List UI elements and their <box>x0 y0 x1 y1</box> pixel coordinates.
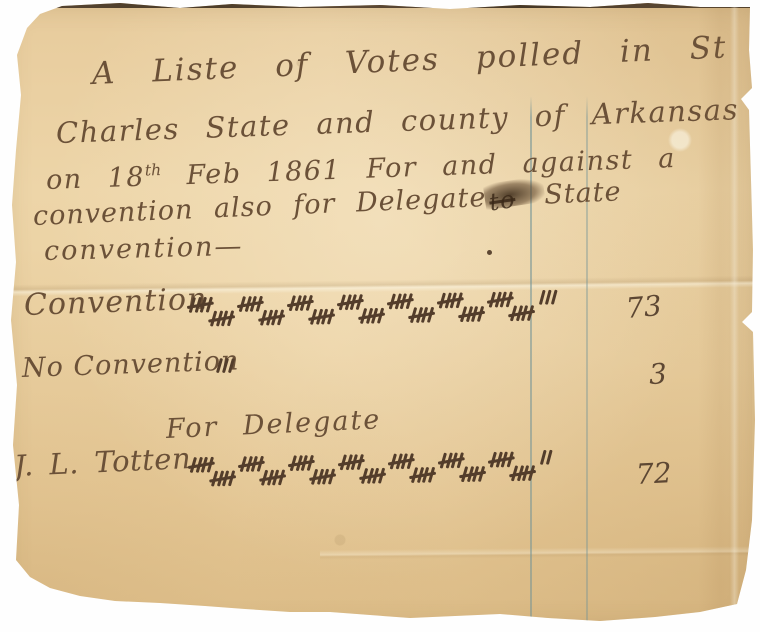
tally-label-convention: Convention <box>23 282 208 323</box>
crossed-out-word-blot: to <box>487 179 544 211</box>
tally-group-of-five <box>409 466 435 487</box>
tally-marks-convention <box>187 290 556 331</box>
ordinal-suffix: th <box>144 160 161 180</box>
heading-line-4-post: State <box>544 176 623 210</box>
tally-group-of-five <box>258 308 284 329</box>
tally-group-of-five <box>408 306 434 327</box>
total-convention: 73 <box>625 289 663 325</box>
paper-sheet: A Liste of Votes polled in St Charles St… <box>0 0 760 632</box>
tally-group-of-five <box>359 467 385 488</box>
tally-label-no-convention: No Convention <box>21 345 239 384</box>
tally-group-of-five <box>208 309 234 330</box>
heading-line-1: A Liste of Votes polled in St <box>91 29 728 92</box>
tally-remainder-marks <box>218 358 233 373</box>
tally-group-of-five <box>259 468 285 489</box>
scanned-document: A Liste of Votes polled in St Charles St… <box>0 0 760 632</box>
crossed-out-word: to <box>487 185 517 217</box>
total-totten: 72 <box>635 456 672 491</box>
horizontal-fold-crease-lower <box>320 546 760 560</box>
tally-group-of-five <box>508 304 534 325</box>
tally-group-of-five <box>459 465 485 486</box>
tally-marks-no-convention <box>214 358 233 373</box>
tally-remainder-marks <box>542 450 551 465</box>
section-heading-for-delegate: For Delegate <box>165 404 382 445</box>
vertical-crease <box>730 0 739 632</box>
total-no-convention: 3 <box>648 357 668 391</box>
tally-label-totten: J. L. Totten <box>13 441 192 483</box>
date-text: on 18 <box>45 162 145 196</box>
tally-marks-totten <box>188 450 551 491</box>
tally-group-of-five <box>458 305 484 326</box>
tally-group-of-five <box>308 307 334 328</box>
heading-line-5: convention— <box>44 231 244 267</box>
tally-group-of-five <box>358 307 384 328</box>
tally-group-of-five <box>509 464 535 485</box>
tally-group-of-five <box>309 467 335 488</box>
tally-group-of-five <box>209 469 235 490</box>
stray-ink-dot <box>487 250 492 255</box>
tally-remainder-marks <box>541 290 556 305</box>
heading-line-2: Charles State and county of Arkansas <box>55 92 739 150</box>
